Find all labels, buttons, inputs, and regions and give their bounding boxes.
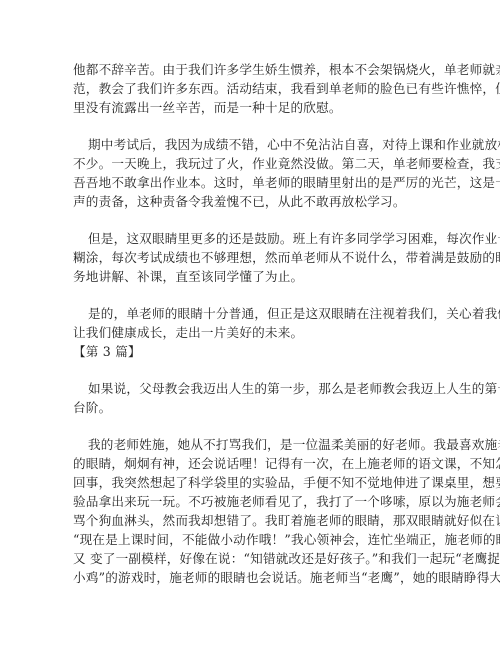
text-line: 如果说，父母教会我迈出人生的第一步，那么是老师教会我迈上人生的第一级 — [88, 381, 500, 397]
text-line: 吾吾地不敢拿出作业本。这时，单老师的眼睛里射出的是严厉的光芒，这是一种无 — [73, 175, 500, 191]
text-line: 糊涂，每次考试成绩也不够理想，然而单老师从不说什么，带着满是鼓励的眼神义 — [73, 250, 500, 266]
text-line: 的眼睛，炯炯有神，还会说话哩！记得有一次，在上施老师的语文课，不知怎么 — [73, 456, 500, 472]
text-line: 不少。一天晚上，我玩过了火，作业竟然没做。第二天，单老师要检查，我支支 — [73, 156, 500, 172]
text-line: 期中考试后，我因为成绩不错，心中不免沾沾自喜，对待上课和作业就放松了 — [88, 137, 500, 153]
text-line: 里没有流露出一丝辛苦，而是一种十足的欣慰。 — [73, 100, 342, 116]
text-line: 回事，我突然想起了科学袋里的实验品，手便不知不觉地伸进了课桌里，想要把实 — [73, 475, 500, 491]
text-line: 小鸡”的游戏时，施老师的眼睛也会说话。施老师当“老鹰”，她的眼睛睁得大大 — [73, 570, 500, 586]
text-line: 但是，这双眼睛里更多的还是鼓励。班上有许多同学学习困难，每次作业一塌 — [88, 231, 500, 247]
text-line: 让我们健康成长，走出一片美好的未来。 — [73, 325, 303, 341]
text-line: 他都不辞辛苦。由于我们许多学生娇生惯养，根本不会架锅烧火，单老师就亲自示 — [73, 62, 500, 78]
text-line: 验品拿出来玩一玩。不巧被施老师看见了，我打了一个哆嗦，原以为施老师会把我 — [73, 494, 500, 510]
text-line: 台阶。 — [73, 400, 111, 416]
text-line: 声的责备，这种责备令我羞愧不已，从此不敢再放松学习。 — [73, 194, 406, 210]
text-line: 务地讲解、补课，直至该同学懂了为止。 — [73, 269, 303, 285]
text-line: 我的老师姓施，她从不打骂我们，是一位温柔美丽的好老师。我最喜欢施老师 — [88, 437, 500, 453]
text-line: 是的，单老师的眼睛十分普通，但正是这双眼睛在注视着我们，关心着我们， — [88, 306, 500, 322]
section-heading: 【第 3 篇】 — [73, 344, 141, 360]
text-line: 范，教会了我们许多东西。活动结束，我看到单老师的脸色已有些许憔悴，但眼睛 — [73, 81, 500, 97]
text-line: 又 变了一副模样，好像在说：“知错就改还是好孩子。”和我们一起玩“老鹰捉 — [73, 551, 500, 567]
text-line: “现在是上课时间，不能做小动作哦！”我心领神会，连忙坐端正，施老师的眼睛 — [73, 532, 500, 548]
text-line: 骂个狗血淋头，然而我却想错了。我盯着施老师的眼睛，那双眼睛就好似在说： — [73, 513, 500, 529]
